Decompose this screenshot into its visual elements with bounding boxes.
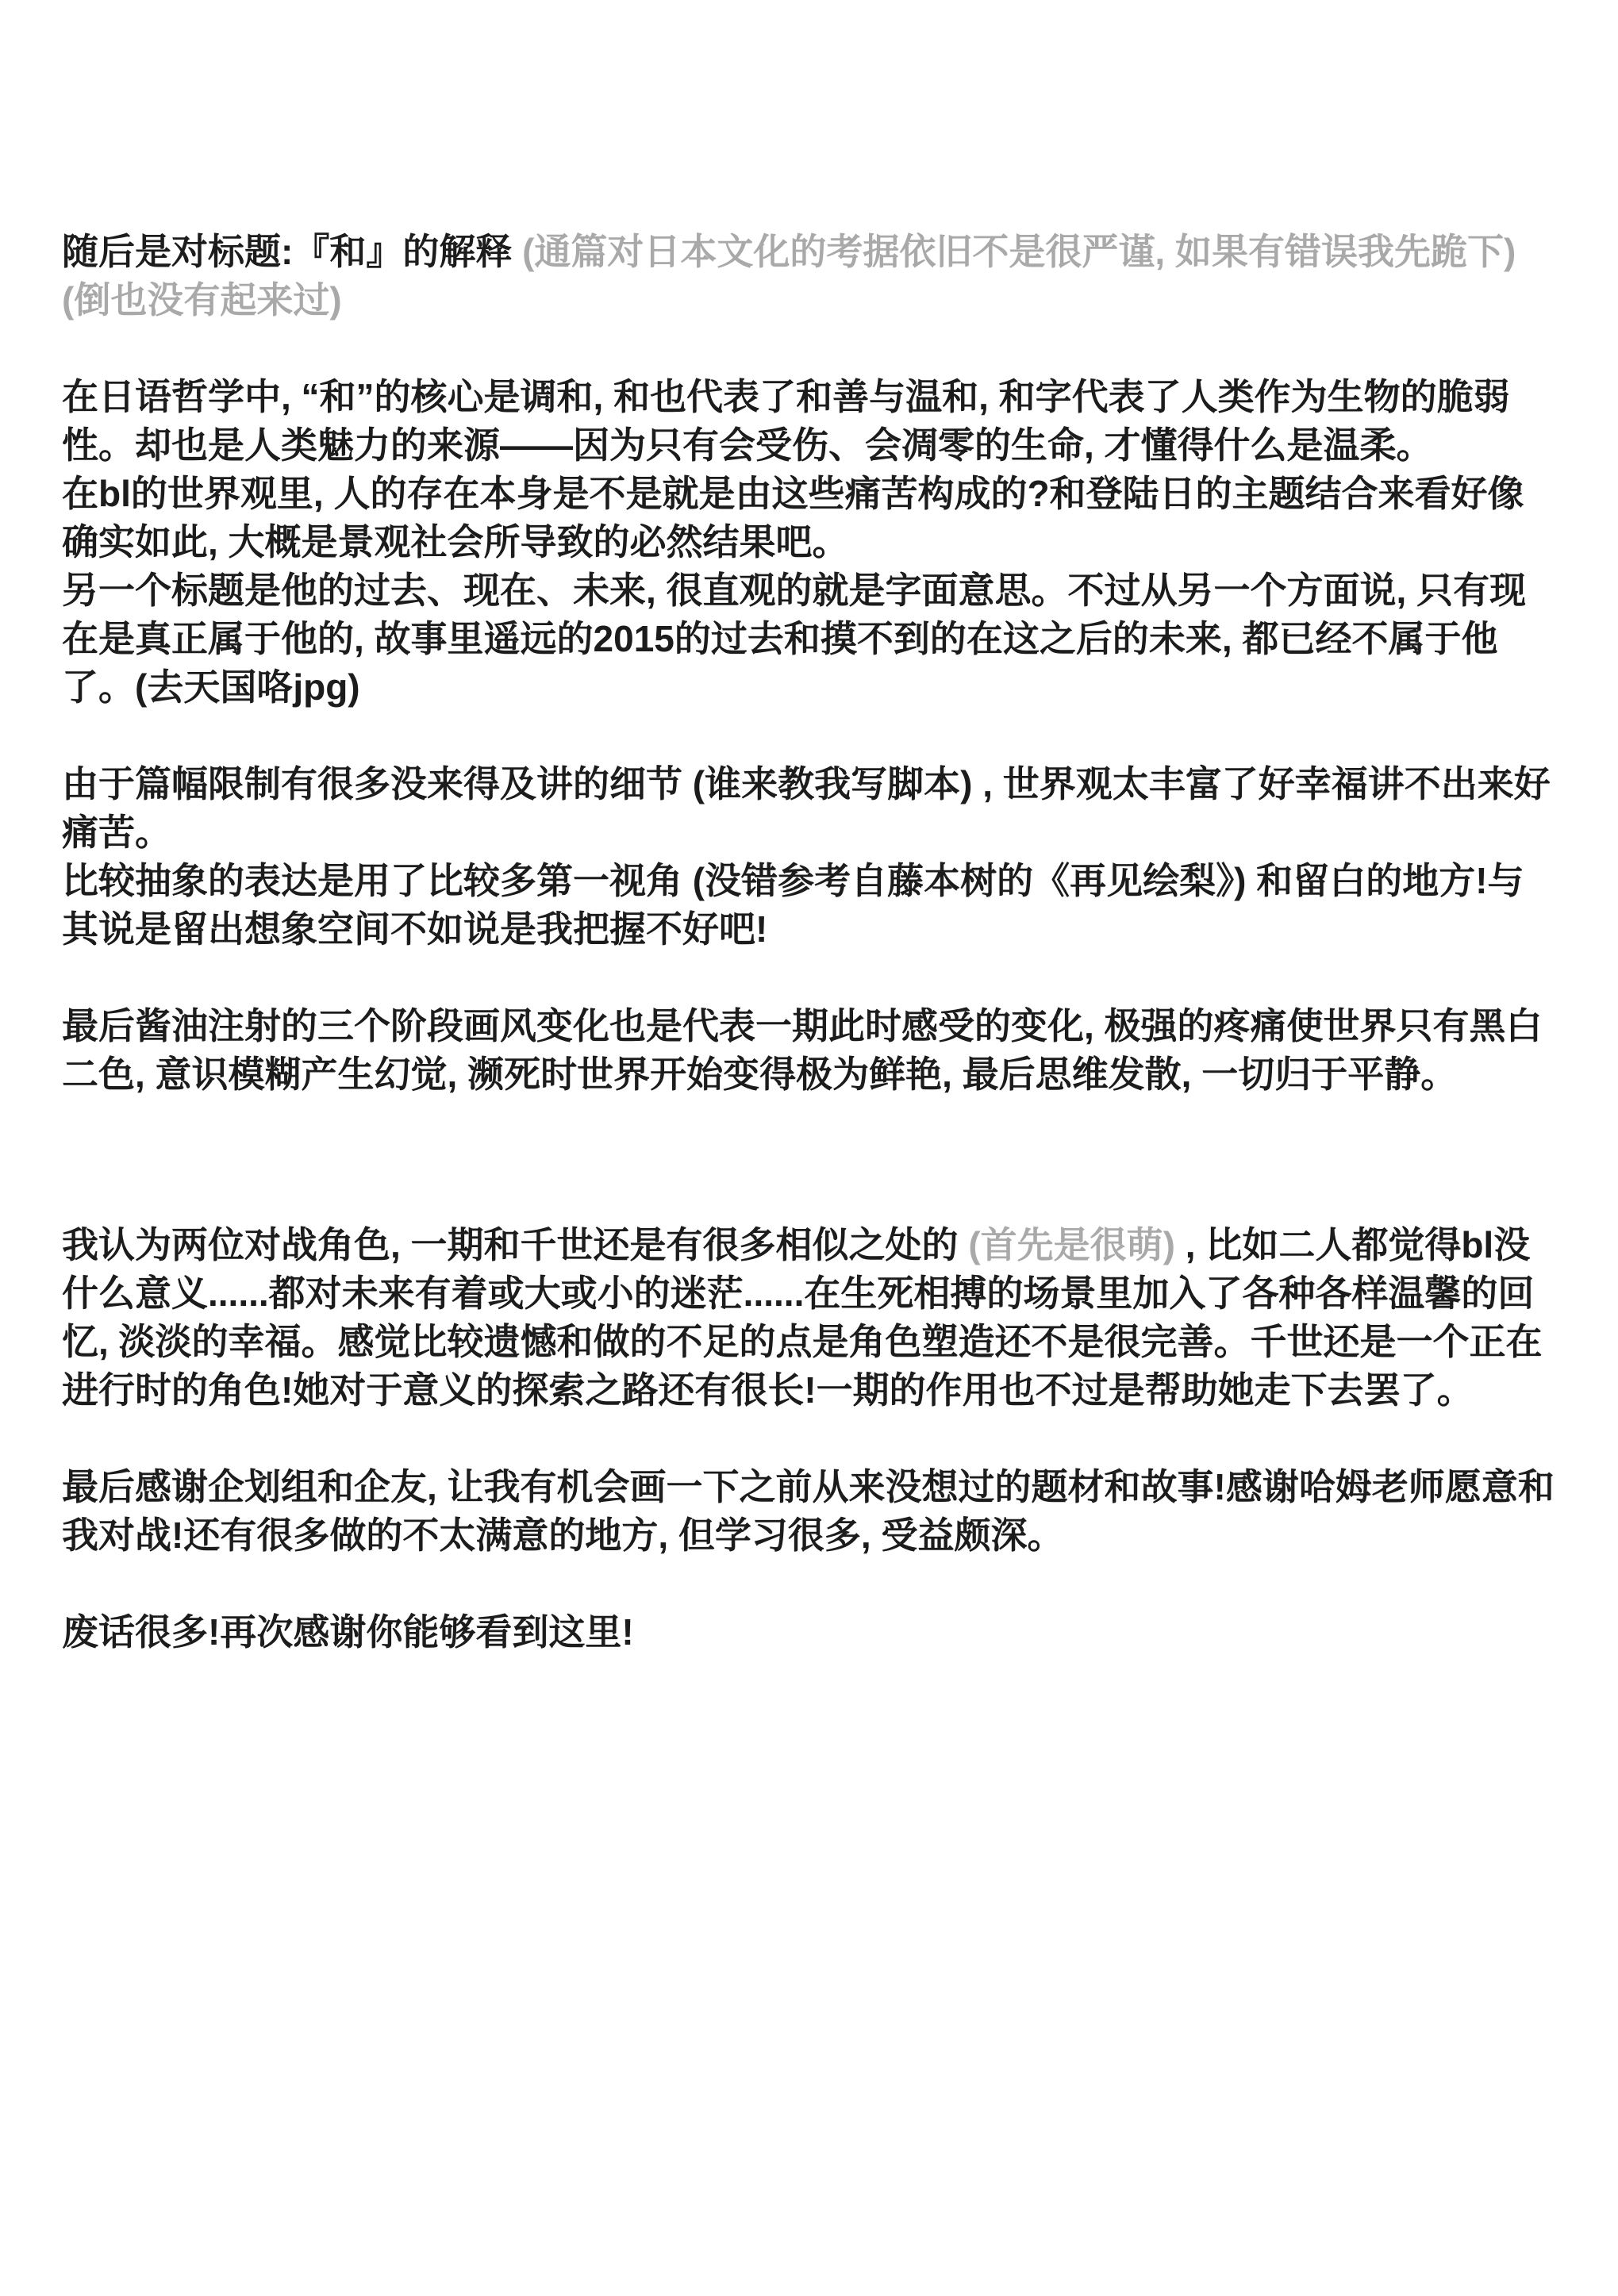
para-closing: 废话很多!再次感谢你能够看到这里!	[62, 1608, 1557, 1657]
body-text-run: 废话很多!再次感谢你能够看到这里!	[62, 1611, 634, 1653]
title-explanation-line: 随后是对标题:『和』的解释 (通篇对日本文化的考据依旧不是很严谨, 如果有错误我…	[62, 228, 1557, 324]
muted-aside-text: (首先是很萌)	[968, 1224, 1175, 1265]
text-line: 最后感谢企划组和企友, 让我有机会画一下之前从来没想过的题材和故事!感谢哈姆老师…	[62, 1463, 1557, 1560]
text-line: 废话很多!再次感谢你能够看到这里!	[62, 1608, 1557, 1657]
para-length-limit: 由于篇幅限制有很多没来得及讲的细节 (谁来教我写脚本) , 世界观太丰富了好幸福…	[62, 760, 1557, 954]
body-text-run: 最后酱油注射的三个阶段画风变化也是代表一期此时感受的变化, 极强的疼痛使世界只有…	[62, 1005, 1543, 1095]
text-line: 在bl的世界观里, 人的存在本身是不是就是由这些痛苦构成的?和登陆日的主题结合来…	[62, 470, 1557, 566]
text-line: 比较抽象的表达是用了比较多第一视角 (没错参考自藤本树的《再见绘梨》) 和留白的…	[62, 857, 1557, 954]
body-text-run: 随后是对标题:『和』的解释	[62, 231, 522, 272]
body-text-run: 在bl的世界观里, 人的存在本身是不是就是由这些痛苦构成的?和登陆日的主题结合来…	[62, 473, 1524, 562]
text-line: 在日语哲学中, “和”的核心是调和, 和也代表了和善与温和, 和字代表了人类作为…	[62, 373, 1557, 470]
body-text-run: 我认为两位对战角色, 一期和千世还是有很多相似之处的	[62, 1224, 968, 1265]
text-line: 最后酱油注射的三个阶段画风变化也是代表一期此时感受的变化, 极强的疼痛使世界只有…	[62, 1002, 1557, 1099]
text-line: 我认为两位对战角色, 一期和千世还是有很多相似之处的 (首先是很萌) , 比如二…	[62, 1221, 1557, 1415]
body-text-run: 由于篇幅限制有很多没来得及讲的细节 (谁来教我写脚本) , 世界观太丰富了好幸福…	[62, 763, 1551, 853]
text-line: 随后是对标题:『和』的解释 (通篇对日本文化的考据依旧不是很严谨, 如果有错误我…	[62, 228, 1557, 324]
body-text-run: 比较抽象的表达是用了比较多第一视角 (没错参考自藤本树的《再见绘梨》) 和留白的…	[62, 860, 1524, 950]
text-line: 由于篇幅限制有很多没来得及讲的细节 (谁来教我写脚本) , 世界观太丰富了好幸福…	[62, 760, 1557, 857]
para-thanks: 最后感谢企划组和企友, 让我有机会画一下之前从来没想过的题材和故事!感谢哈姆老师…	[62, 1463, 1557, 1560]
para-two-characters: 我认为两位对战角色, 一期和千世还是有很多相似之处的 (首先是很萌) , 比如二…	[62, 1221, 1557, 1415]
body-text-run: 最后感谢企划组和企友, 让我有机会画一下之前从来没想过的题材和故事!感谢哈姆老师…	[62, 1466, 1555, 1556]
afterword-page: 随后是对标题:『和』的解释 (通篇对日本文化的考据依旧不是很严谨, 如果有错误我…	[0, 0, 1618, 2296]
para-wa-philosophy: 在日语哲学中, “和”的核心是调和, 和也代表了和善与温和, 和字代表了人类作为…	[62, 373, 1557, 712]
afterword-text-column: 随后是对标题:『和』的解释 (通篇对日本文化的考据依旧不是很严谨, 如果有错误我…	[62, 228, 1557, 1657]
text-line: 另一个标题是他的过去、现在、未来, 很直观的就是字面意思。不过从另一个方面说, …	[62, 566, 1557, 712]
para-soy-sauce-stages: 最后酱油注射的三个阶段画风变化也是代表一期此时感受的变化, 极强的疼痛使世界只有…	[62, 1002, 1557, 1099]
body-text-run: 另一个标题是他的过去、现在、未来, 很直观的就是字面意思。不过从另一个方面说, …	[62, 570, 1526, 708]
body-text-run: 在日语哲学中, “和”的核心是调和, 和也代表了和善与温和, 和字代表了人类作为…	[62, 376, 1510, 466]
